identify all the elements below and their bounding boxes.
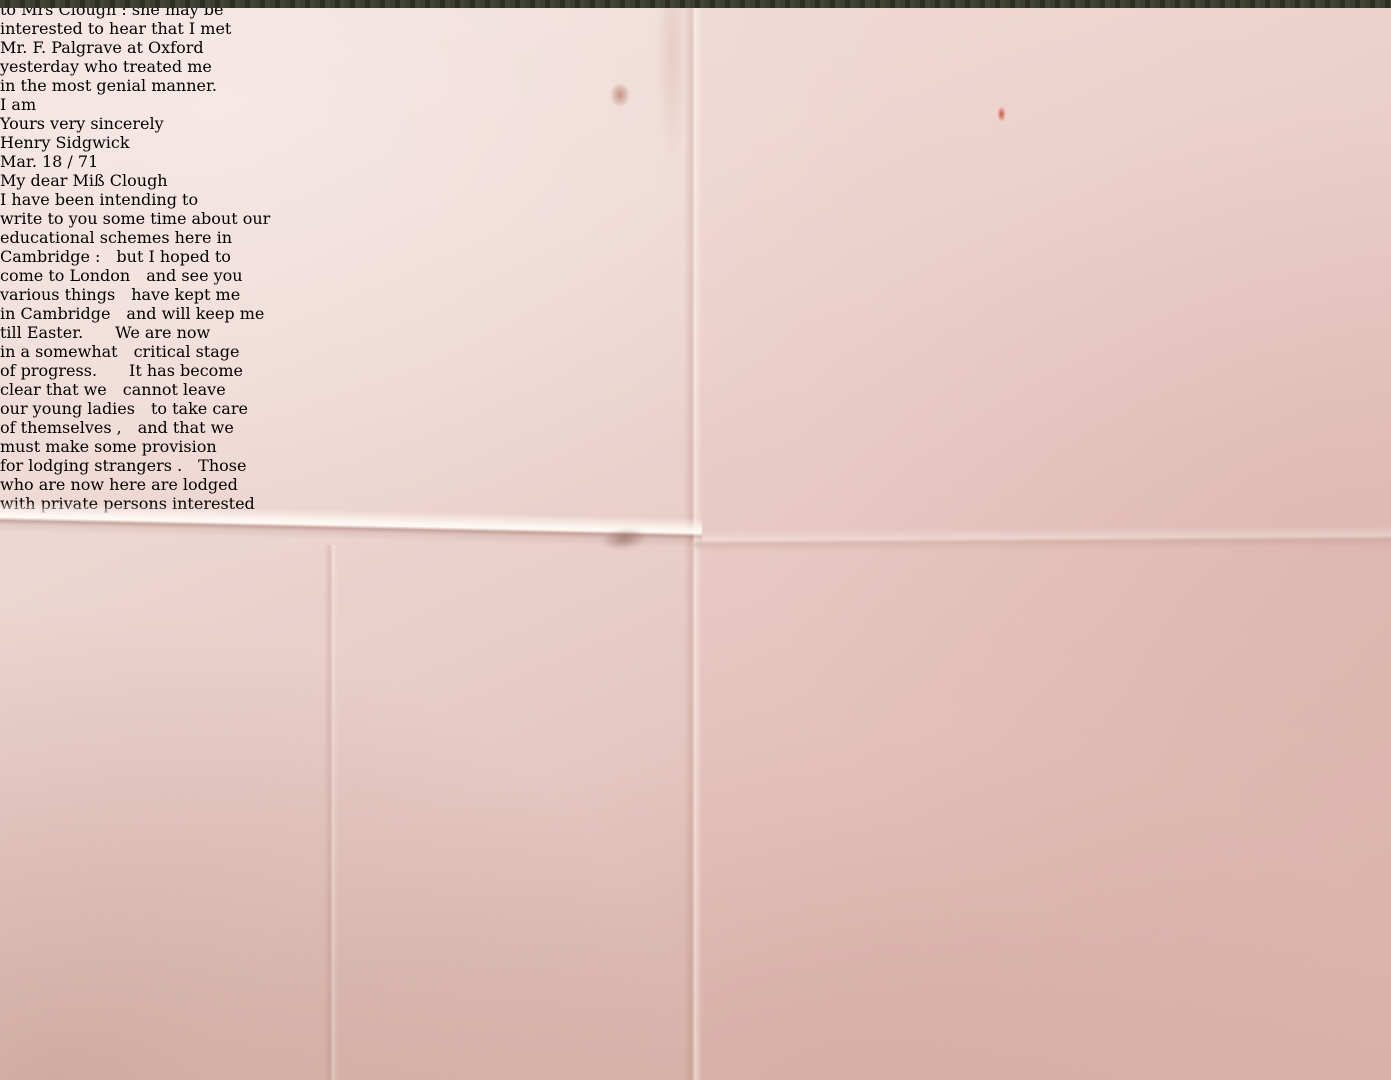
photo-edge-left [0,0,6,1080]
letter-photograph: to Mrs Clough : she may be interested to… [0,0,1391,1080]
horizontal-crease-right [694,526,1391,553]
letter-paper: to Mrs Clough : she may be interested to… [0,0,1391,1080]
red-ink-stain [997,106,1006,122]
fold-pinch-shadow [590,520,657,558]
photo-edge-top [0,0,1391,8]
quarter-crease [324,545,338,1080]
center-fold-discoloration [652,0,686,170]
